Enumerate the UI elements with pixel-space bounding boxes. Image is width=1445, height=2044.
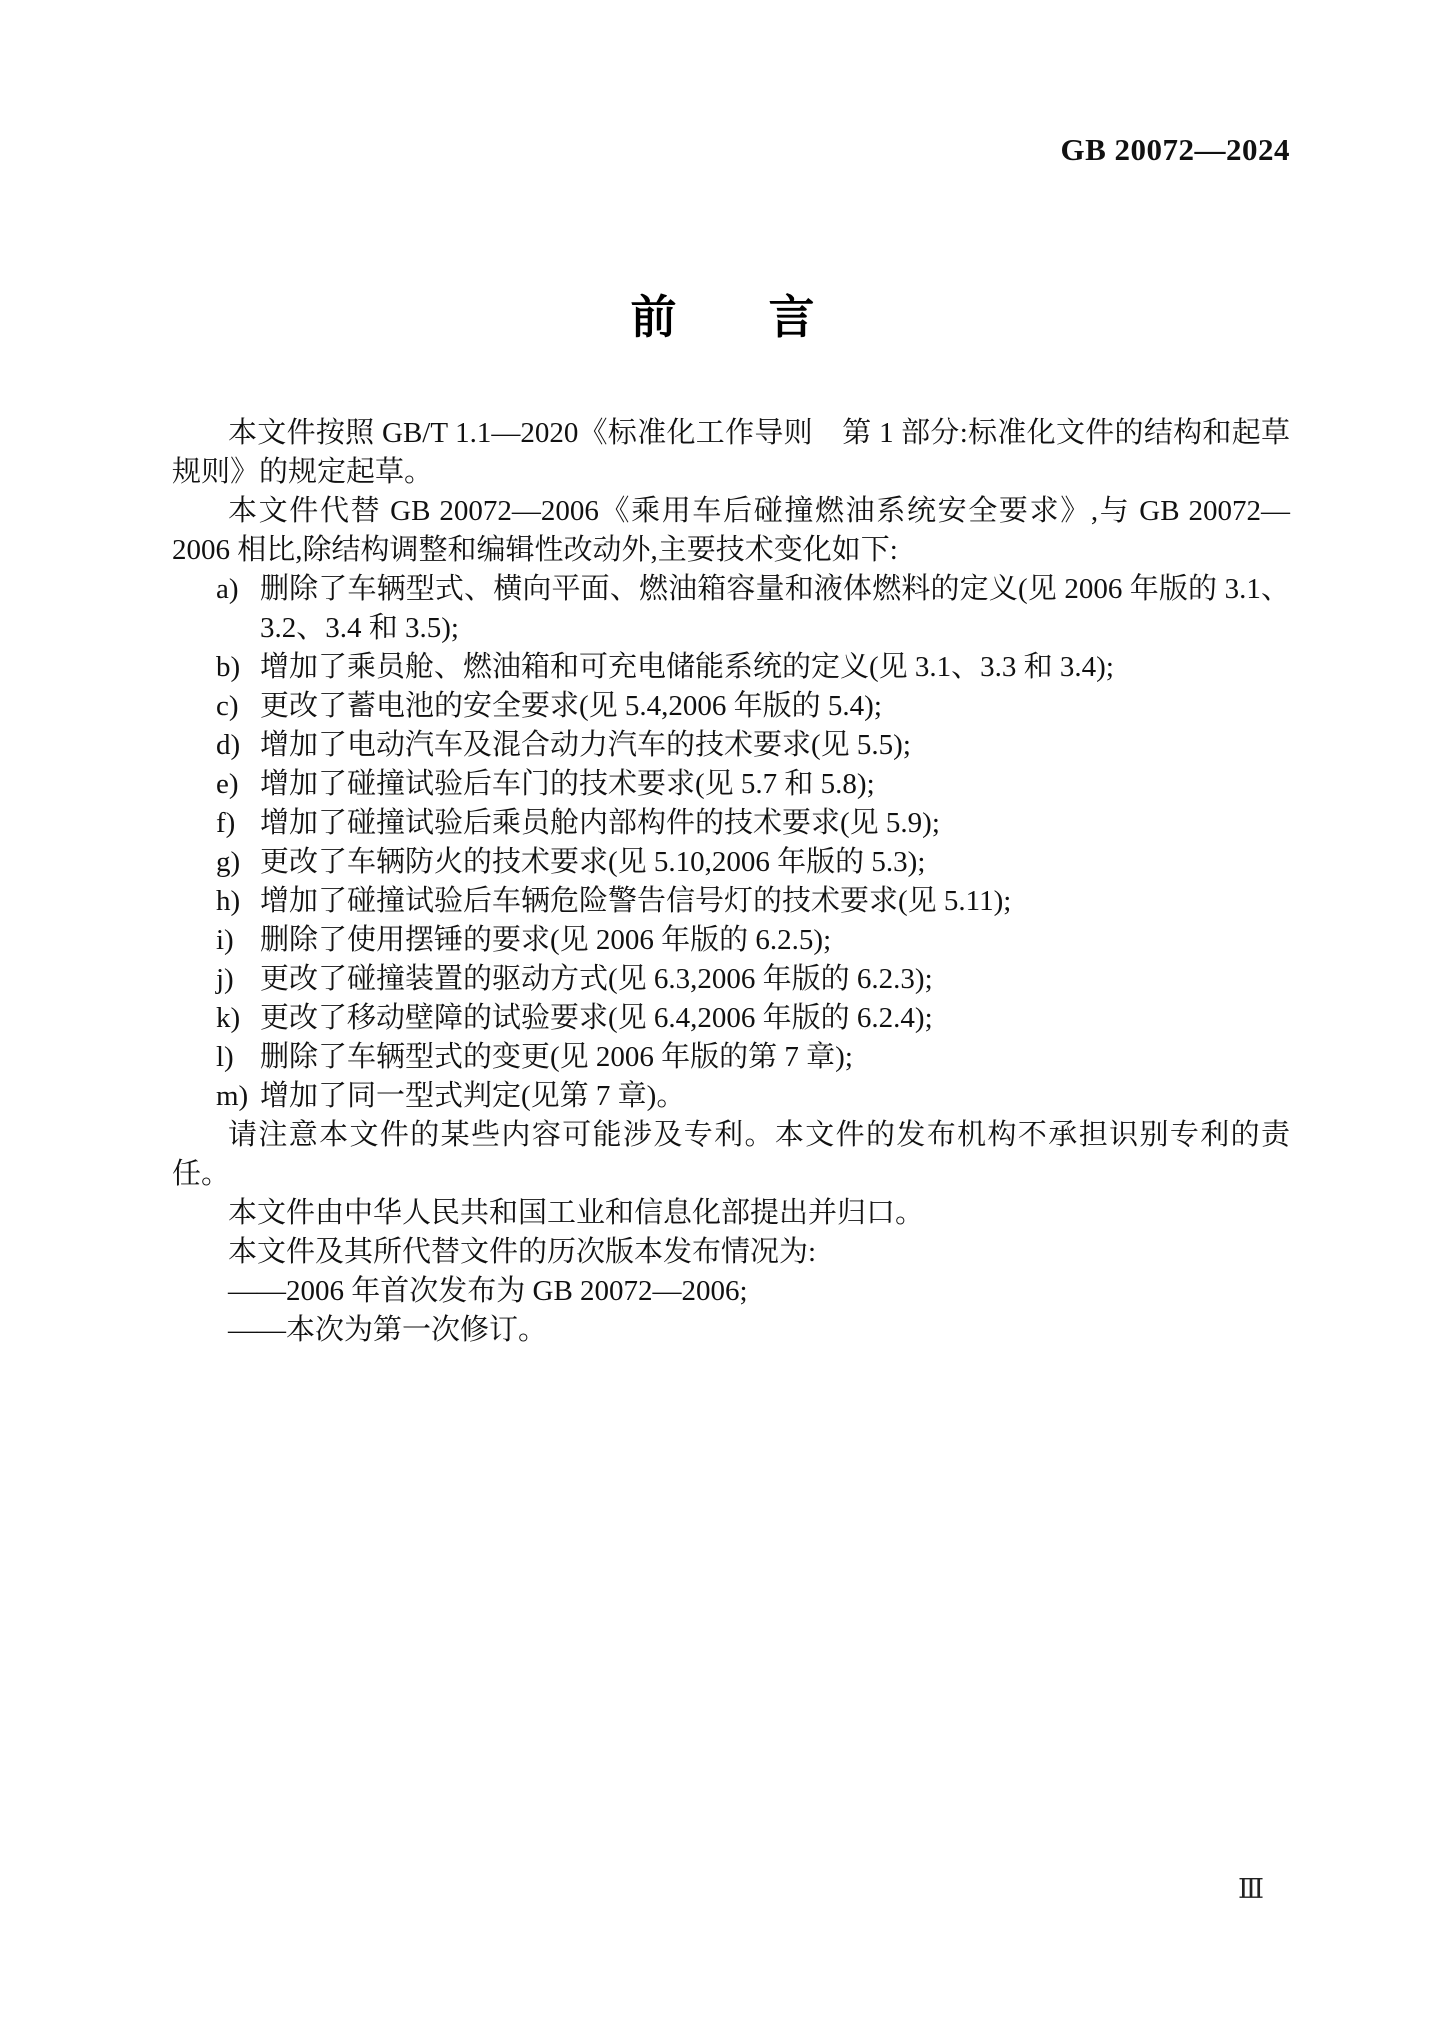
- list-item-text: 增加了乘员舱、燃油箱和可充电储能系统的定义(见 3.1、3.3 和 3.4);: [260, 648, 1290, 687]
- change-item-e: e) 增加了碰撞试验后车门的技术要求(见 5.7 和 5.8);: [172, 765, 1290, 804]
- list-item-text: 增加了同一型式判定(见第 7 章)。: [260, 1077, 1290, 1116]
- change-item-f: f) 增加了碰撞试验后乘员舱内部构件的技术要求(见 5.9);: [172, 804, 1290, 843]
- change-item-b: b) 增加了乘员舱、燃油箱和可充电储能系统的定义(见 3.1、3.3 和 3.4…: [172, 648, 1290, 687]
- list-item-text: 增加了碰撞试验后车门的技术要求(见 5.7 和 5.8);: [260, 765, 1290, 804]
- list-item-label: g): [216, 843, 260, 882]
- foreword-body: 本文件按照 GB/T 1.1—2020《标准化工作导则 第 1 部分:标准化文件…: [172, 414, 1290, 1350]
- list-item-text: 更改了车辆防火的技术要求(见 5.10,2006 年版的 5.3);: [260, 843, 1290, 882]
- list-item-label: a): [216, 570, 260, 648]
- page-number: Ⅲ: [1238, 1874, 1264, 1905]
- change-item-d: d) 增加了电动汽车及混合动力汽车的技术要求(见 5.5);: [172, 726, 1290, 765]
- version-history-item-1: ——2006 年首次发布为 GB 20072—2006;: [172, 1272, 1290, 1311]
- change-item-j: j) 更改了碰撞装置的驱动方式(见 6.3,2006 年版的 6.2.3);: [172, 960, 1290, 999]
- change-item-g: g) 更改了车辆防火的技术要求(见 5.10,2006 年版的 5.3);: [172, 843, 1290, 882]
- change-item-a: a) 删除了车辆型式、横向平面、燃油箱容量和液体燃料的定义(见 2006 年版的…: [172, 570, 1290, 648]
- list-item-text: 删除了车辆型式、横向平面、燃油箱容量和液体燃料的定义(见 2006 年版的 3.…: [260, 570, 1290, 648]
- list-item-label: j): [216, 960, 260, 999]
- version-history-intro: 本文件及其所代替文件的历次版本发布情况为:: [172, 1233, 1290, 1272]
- change-item-m: m) 增加了同一型式判定(见第 7 章)。: [172, 1077, 1290, 1116]
- list-item-label: e): [216, 765, 260, 804]
- change-item-h: h) 增加了碰撞试验后车辆危险警告信号灯的技术要求(见 5.11);: [172, 882, 1290, 921]
- list-item-label: l): [216, 1038, 260, 1077]
- list-item-text: 删除了使用摆锤的要求(见 2006 年版的 6.2.5);: [260, 921, 1290, 960]
- list-item-label: m): [216, 1077, 260, 1116]
- page-title: 前 言: [0, 290, 1445, 344]
- change-item-l: l) 删除了车辆型式的变更(见 2006 年版的第 7 章);: [172, 1038, 1290, 1077]
- list-item-label: d): [216, 726, 260, 765]
- list-item-label: f): [216, 804, 260, 843]
- patent-notice-paragraph: 请注意本文件的某些内容可能涉及专利。本文件的发布机构不承担识别专利的责任。: [172, 1116, 1290, 1194]
- document-page: GB 20072—2024 前 言 本文件按照 GB/T 1.1—2020《标准…: [0, 0, 1445, 2044]
- intro-paragraph: 本文件按照 GB/T 1.1—2020《标准化工作导则 第 1 部分:标准化文件…: [172, 414, 1290, 492]
- list-item-text: 删除了车辆型式的变更(见 2006 年版的第 7 章);: [260, 1038, 1290, 1077]
- list-item-text: 更改了蓄电池的安全要求(见 5.4,2006 年版的 5.4);: [260, 687, 1290, 726]
- list-item-text: 更改了移动壁障的试验要求(见 6.4,2006 年版的 6.2.4);: [260, 999, 1290, 1038]
- replacement-paragraph: 本文件代替 GB 20072—2006《乘用车后碰撞燃油系统安全要求》,与 GB…: [172, 492, 1290, 570]
- list-item-text: 增加了碰撞试验后车辆危险警告信号灯的技术要求(见 5.11);: [260, 882, 1290, 921]
- list-item-label: h): [216, 882, 260, 921]
- change-item-c: c) 更改了蓄电池的安全要求(见 5.4,2006 年版的 5.4);: [172, 687, 1290, 726]
- version-history-item-2: ——本次为第一次修订。: [172, 1311, 1290, 1350]
- list-item-text: 增加了电动汽车及混合动力汽车的技术要求(见 5.5);: [260, 726, 1290, 765]
- list-item-label: b): [216, 648, 260, 687]
- list-item-text: 更改了碰撞装置的驱动方式(见 6.3,2006 年版的 6.2.3);: [260, 960, 1290, 999]
- list-item-label: k): [216, 999, 260, 1038]
- change-item-i: i) 删除了使用摆锤的要求(见 2006 年版的 6.2.5);: [172, 921, 1290, 960]
- list-item-label: i): [216, 921, 260, 960]
- list-item-text: 增加了碰撞试验后乘员舱内部构件的技术要求(见 5.9);: [260, 804, 1290, 843]
- change-item-k: k) 更改了移动壁障的试验要求(见 6.4,2006 年版的 6.2.4);: [172, 999, 1290, 1038]
- standard-code-header: GB 20072—2024: [172, 132, 1290, 168]
- list-item-label: c): [216, 687, 260, 726]
- issuing-body-paragraph: 本文件由中华人民共和国工业和信息化部提出并归口。: [172, 1194, 1290, 1233]
